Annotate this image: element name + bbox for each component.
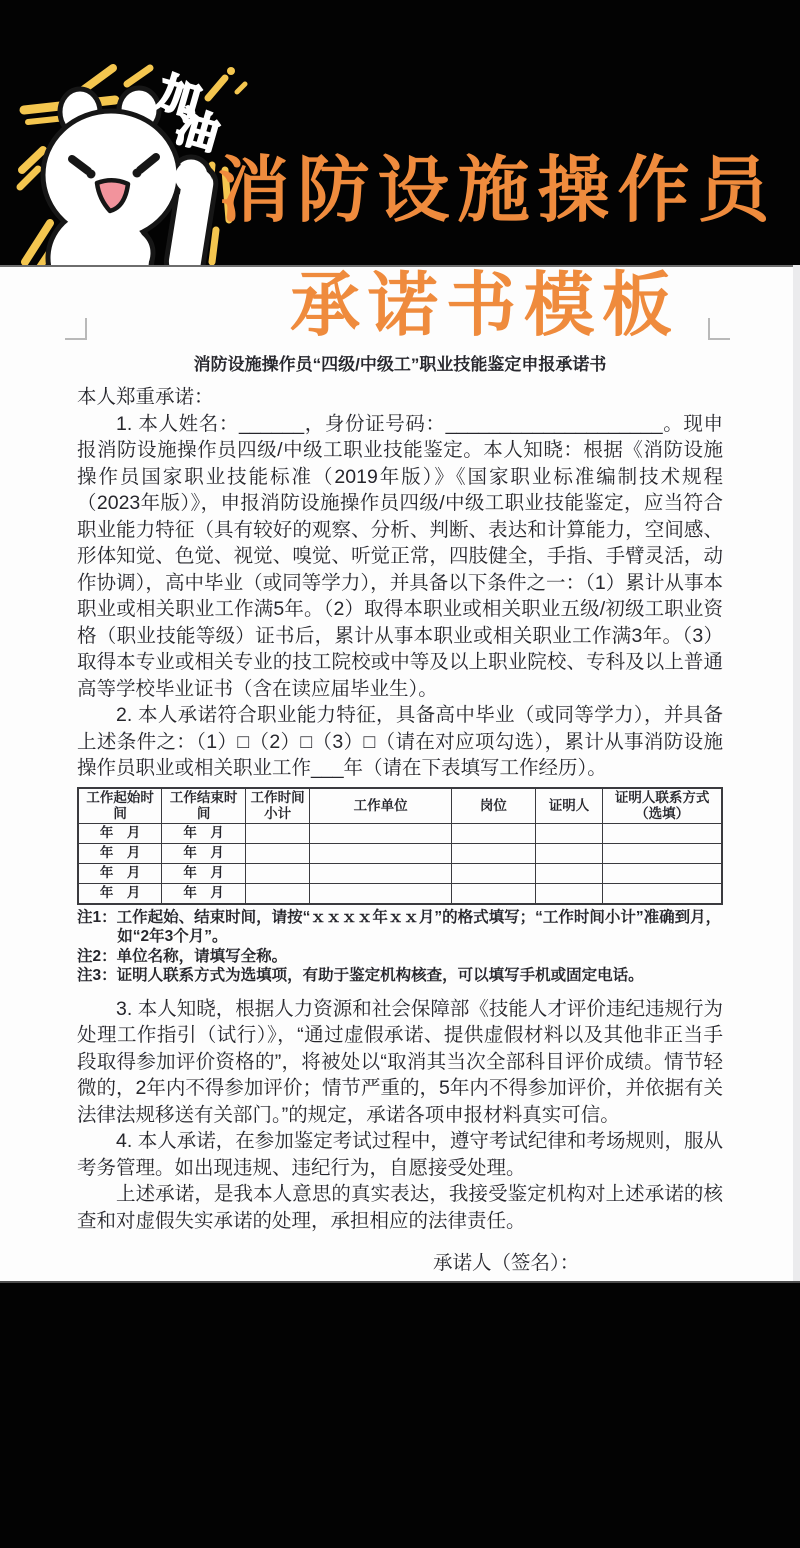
table-cell: 年 月: [162, 863, 246, 883]
table-cell: 年 月: [162, 883, 246, 904]
work-history-table: 工作起始时间 工作结束时间 工作时间小计 工作单位 岗位 证明人 证明人联系方式…: [77, 787, 723, 905]
table-cell: [310, 843, 452, 863]
table-row: 年 月 年 月: [78, 843, 722, 863]
header-witness: 证明人: [535, 788, 603, 824]
closing-paragraph: 上述承诺，是我本人意思的真实表达，我接受鉴定机构对上述承诺的核查和对虚假失实承诺…: [77, 1181, 723, 1234]
note-text: 证明人联系方式为选填项，有助于鉴定机构核查，可以填写手机或固定电话。: [117, 967, 644, 984]
note-row: 注3：证明人联系方式为选填项，有助于鉴定机构核查，可以填写手机或固定电话。: [77, 966, 723, 986]
commitment-document: 消防设施操作员“四级/中级工”职业技能鉴定申报承诺书 本人郑重承诺： 1. 本人…: [77, 354, 723, 1281]
table-cell: [535, 823, 603, 843]
paragraph-2: 2. 本人承诺符合职业能力特征，具备高中毕业（或同等学力），并具备上述条件之：（…: [77, 702, 723, 782]
table-cell: [535, 863, 603, 883]
banner-subtitle: 承诺书模板: [170, 262, 800, 348]
header-witness-contact: 证明人联系方式（选填）: [603, 788, 722, 824]
document-title: 消防设施操作员“四级/中级工”职业技能鉴定申报承诺书: [77, 354, 723, 376]
paragraph-4: 4. 本人承诺，在参加鉴定考试过程中，遵守考试纪律和考场规则，服从考务管理。如出…: [77, 1128, 723, 1181]
table-row: 年 月 年 月: [78, 863, 722, 883]
note-label: 注1：: [77, 909, 117, 926]
table-cell: [603, 883, 722, 904]
table-cell: [310, 863, 452, 883]
table-cell: [603, 843, 722, 863]
header-subtotal: 工作时间小计: [245, 788, 309, 824]
top-banner: 加 油 消防设施操作员: [0, 0, 800, 267]
header-position: 岗位: [452, 788, 536, 824]
table-cell: [245, 823, 309, 843]
header-start-time: 工作起始时间: [78, 788, 162, 824]
table-cell: [452, 883, 536, 904]
table-row: 年 月 年 月: [78, 883, 722, 904]
table-cell: [310, 883, 452, 904]
table-cell: [310, 823, 452, 843]
note-row: 注2：单位名称，请填写全称。: [77, 947, 723, 967]
table-cell: [603, 823, 722, 843]
table-cell: 年 月: [78, 843, 162, 863]
banner-title: 消防设施操作员: [195, 146, 800, 236]
signature-label: 承诺人（签名）：: [77, 1250, 723, 1277]
bottom-black-band: [0, 1281, 800, 1548]
note-row: 注1：工作起始、结束时间，请按“ｘｘｘｘ年ｘｘ月”的格式填写；“工作时间小计”准…: [77, 908, 723, 947]
note-label: 注3：: [77, 967, 117, 984]
table-cell: 年 月: [78, 883, 162, 904]
note-text: 工作起始、结束时间，请按“ｘｘｘｘ年ｘｘ月”的格式填写；“工作时间小计”准确到月…: [117, 909, 722, 946]
note-text: 单位名称，请填写全称。: [117, 948, 288, 965]
table-header-row: 工作起始时间 工作结束时间 工作时间小计 工作单位 岗位 证明人 证明人联系方式…: [78, 788, 722, 824]
table-cell: 年 月: [162, 843, 246, 863]
table-cell: [535, 883, 603, 904]
header-employer: 工作单位: [310, 788, 452, 824]
table-cell: 年 月: [78, 863, 162, 883]
table-cell: [535, 843, 603, 863]
paragraph-1: 1. 本人姓名：______，身份证号码：___________________…: [77, 411, 723, 703]
table-cell: 年 月: [162, 823, 246, 843]
table-cell: [245, 843, 309, 863]
table-cell: [452, 823, 536, 843]
table-cell: [452, 843, 536, 863]
poster-page: 加 油 消防设施操作员 承诺书模板 消防设施操作员“四级/中级工”职业技能鉴定申…: [0, 0, 800, 1548]
crop-mark-left: [65, 318, 87, 340]
crop-mark-right: [708, 318, 730, 340]
note-label: 注2：: [77, 948, 117, 965]
table-row: 年 月 年 月: [78, 823, 722, 843]
header-end-time: 工作结束时间: [162, 788, 246, 824]
document-intro: 本人郑重承诺：: [77, 384, 723, 411]
page-edge-shadow: [793, 265, 800, 1281]
table-cell: [603, 863, 722, 883]
table-notes: 注1：工作起始、结束时间，请按“ｘｘｘｘ年ｘｘ月”的格式填写；“工作时间小计”准…: [77, 908, 723, 986]
table-cell: [452, 863, 536, 883]
table-cell: [245, 883, 309, 904]
table-cell: [245, 863, 309, 883]
paragraph-3: 3. 本人知晓，根据人力资源和社会保障部《技能人才评价违纪违规行为处理工作指引（…: [77, 996, 723, 1129]
table-cell: 年 月: [78, 823, 162, 843]
